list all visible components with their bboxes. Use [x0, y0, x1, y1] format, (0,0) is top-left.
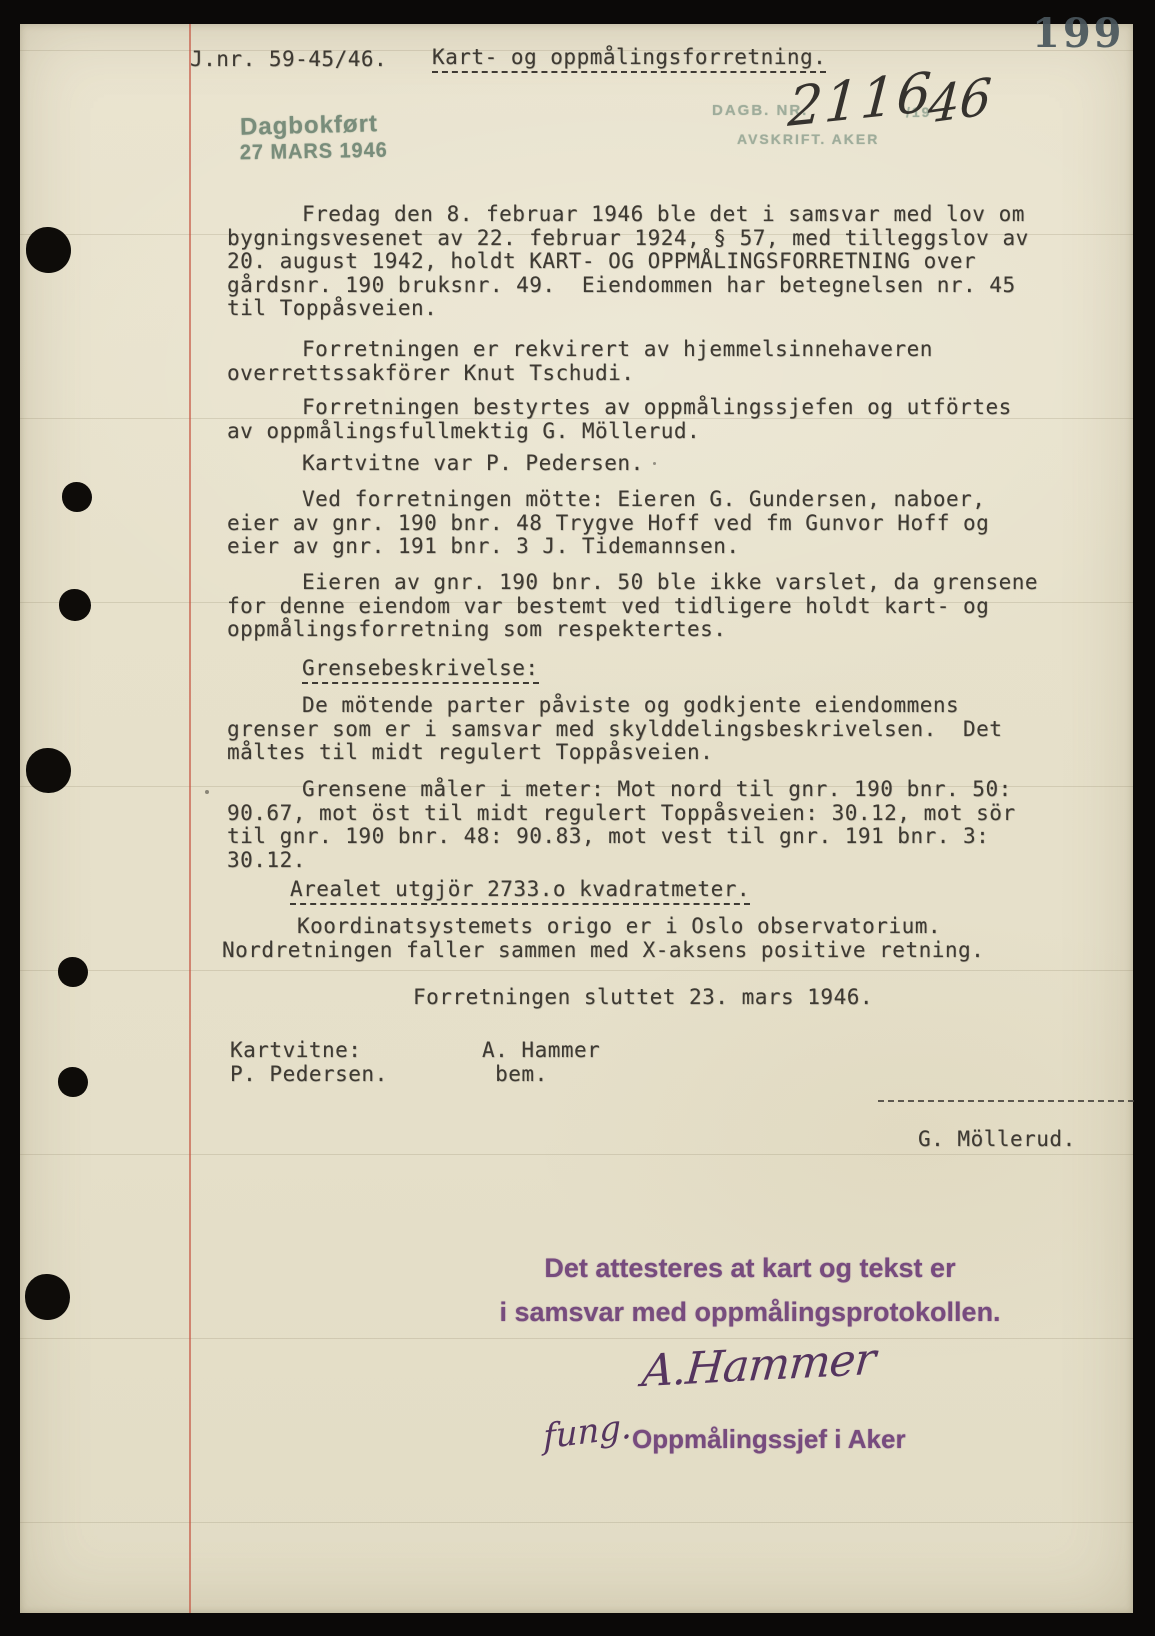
document-scan: J.nr. 59-45/46. Kart- og oppmålingsforre…	[0, 0, 1155, 1636]
punch-hole	[62, 482, 92, 512]
red-margin-line	[189, 24, 191, 1613]
paragraph-grenser: De mötende parter påviste og godkjente e…	[227, 694, 1002, 765]
paragraph-intro: Fredag den 8. februar 1946 ble det i sam…	[227, 203, 1029, 321]
handwritten-journal-year: 46	[926, 67, 993, 135]
paragraph-kartvitne: Kartvitne var P. Pedersen.	[227, 452, 644, 476]
paragraph-maal: Grensene måler i meter: Mot nord til gnr…	[227, 778, 1016, 872]
ink-speck	[653, 462, 656, 465]
punch-hole	[58, 1067, 88, 1097]
punch-hole	[25, 1274, 70, 1320]
punch-hole	[58, 957, 88, 987]
paragraph-bestyrtes: Forretningen bestyrtes av oppmålingssjef…	[227, 396, 1012, 443]
clerk-block: A. Hammer bem.	[482, 1039, 600, 1086]
dagbokfort-stamp: Dagbokført	[240, 110, 379, 142]
rule-line	[20, 970, 1133, 971]
heading-grensebeskrivelse: Grensebeskrivelse:	[302, 657, 539, 684]
closing-line: Forretningen sluttet 23. mars 1946.	[413, 986, 873, 1010]
paragraph-rekvirert: Forretningen er rekvirert av hjemmelsinn…	[227, 338, 933, 385]
paragraph-koordinat: Koordinatsystemets origo er i Oslo obser…	[222, 915, 984, 962]
attestation-stamp: Det attesteres at kart og tekst er i sam…	[470, 1246, 1030, 1334]
rule-line	[20, 1154, 1133, 1155]
journal-number: J.nr. 59-45/46.	[190, 48, 387, 72]
paragraph-ikke-varslet: Eieren av gnr. 190 bnr. 50 ble ikke vars…	[227, 571, 1038, 642]
punch-hole	[26, 748, 71, 793]
heading-areal: Arealet utgjör 2733.o kvadratmeter.	[290, 878, 750, 905]
document-title: Kart- og oppmålingsforretning.	[432, 46, 826, 73]
dagbokfort-stamp-date: 27 MARS 1946	[240, 139, 388, 166]
signature-line	[878, 1100, 1134, 1102]
role-stamp: Oppmålingssjef i Aker	[632, 1424, 906, 1455]
rule-line	[20, 1338, 1133, 1339]
surveyor-name: G. Möllerud.	[918, 1128, 1076, 1152]
punch-hole	[59, 589, 91, 621]
witness-block: Kartvitne: P. Pedersen.	[230, 1039, 388, 1086]
ink-speck	[205, 790, 209, 794]
rule-line	[20, 1522, 1133, 1523]
page-number: 199	[1032, 14, 1125, 54]
paragraph-motte: Ved forretningen mötte: Eieren G. Gunder…	[227, 488, 989, 559]
punch-hole	[26, 227, 71, 273]
